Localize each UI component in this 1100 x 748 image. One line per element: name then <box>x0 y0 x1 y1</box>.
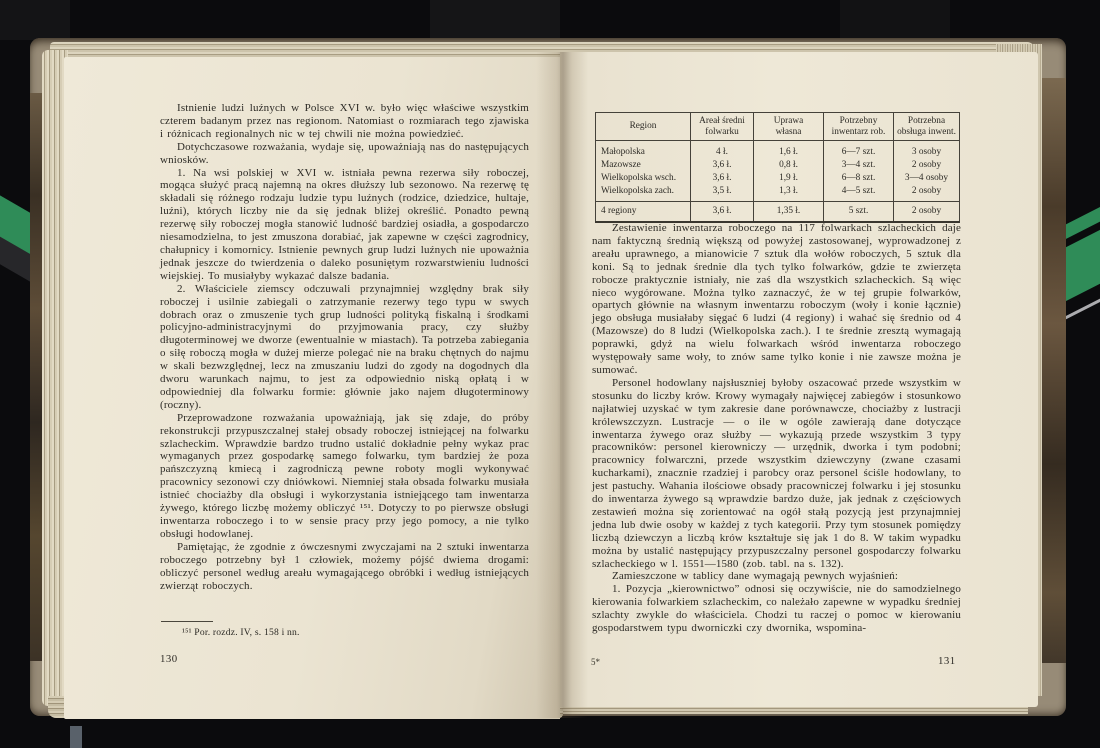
table-header-cell: Potrzebny inwentarz rob. <box>824 113 894 141</box>
table-cell: 3,6 ł. <box>691 172 754 185</box>
right-page: RegionAreał średni folwarkuUprawa własna… <box>560 52 1038 707</box>
table-header-cell: Areał średni folwarku <box>691 113 754 141</box>
paragraph: Przeprowadzone rozważania upoważniają, j… <box>160 412 529 541</box>
signature-mark: 5* <box>591 657 600 667</box>
table-cell: 3,5 ł. <box>691 185 754 202</box>
paragraph: Pamiętając, że zgodnie z ówczesnymi zwyc… <box>160 541 529 593</box>
page-number-right: 131 <box>938 655 956 667</box>
table-header-cell: Region <box>596 113 691 141</box>
table-row: Wielkopolska wsch.3,6 ł.1,9 ł.6—8 szt.3—… <box>596 172 960 185</box>
table-summary-cell: 3,6 ł. <box>691 202 754 223</box>
table-cell: 3—4 szt. <box>824 159 894 172</box>
paragraph: Zestawienie inwentarza roboczego na 117 … <box>592 222 961 377</box>
table-cell: 1,6 ł. <box>754 141 824 160</box>
table-cell: 1,3 ł. <box>754 185 824 202</box>
paragraph: 1. Pozycja „kierownictwo” odnosi się ocz… <box>592 583 961 635</box>
table-header-row: RegionAreał średni folwarkuUprawa własna… <box>596 113 960 141</box>
table-cell: 3—4 osoby <box>894 172 960 185</box>
table-row: Wielkopolska zach.3,5 ł.1,3 ł.4—5 szt.2 … <box>596 185 960 202</box>
left-page-text: Istnienie ludzi luźnych w Polsce XVI w. … <box>160 102 529 592</box>
table-row: Małopolska4 ł.1,6 ł.6—7 szt.3 osoby <box>596 141 960 160</box>
book-photo: Istnienie ludzi luźnych w Polsce XVI w. … <box>0 0 1100 748</box>
table-header-cell: Potrzebna obsługa inwent. <box>894 113 960 141</box>
table-body: Małopolska4 ł.1,6 ł.6—7 szt.3 osobyMazow… <box>596 141 960 202</box>
table-summary-cell: 5 szt. <box>824 202 894 223</box>
paragraph: Dotychczasowe rozważania, wydaje się, up… <box>160 141 529 167</box>
table-cell: 2 osoby <box>894 159 960 172</box>
table-cell: 3,6 ł. <box>691 159 754 172</box>
footnote: ¹⁵¹ Por. rozdz. IV, s. 158 i nn. <box>160 627 551 638</box>
right-page-text: Zestawienie inwentarza roboczego na 117 … <box>592 222 961 635</box>
left-page: Istnienie ludzi luźnych w Polsce XVI w. … <box>64 57 560 719</box>
paragraph: Zamieszczone w tablicy dane wymagają pew… <box>592 570 961 583</box>
paragraph: Personel hodowlany najsłuszniej byłoby o… <box>592 377 961 571</box>
background-object <box>0 0 70 40</box>
table-summary-cell: 4 regiony <box>596 202 691 223</box>
table-cell: Wielkopolska zach. <box>596 185 691 202</box>
table-cell: Wielkopolska wsch. <box>596 172 691 185</box>
table-cell: Mazowsze <box>596 159 691 172</box>
table-cell: 2 osoby <box>894 185 960 202</box>
footnote-rule <box>161 621 213 622</box>
cover-marble-edge-right <box>1040 78 1066 663</box>
table-summary-row: 4 regiony3,6 ł.1,35 ł.5 szt.2 osoby <box>596 202 960 223</box>
paragraph: 2. Właściciele ziemscy odczuwali przynaj… <box>160 283 529 412</box>
paragraph: Istnienie ludzi luźnych w Polsce XVI w. … <box>160 102 529 141</box>
table-cell: 4 ł. <box>691 141 754 160</box>
table-cell: Małopolska <box>596 141 691 160</box>
table-cell: 6—8 szt. <box>824 172 894 185</box>
paragraph: 1. Na wsi polskiej w XVI w. istniała pew… <box>160 167 529 283</box>
table-row: Mazowsze3,6 ł.0,8 ł.3—4 szt.2 osoby <box>596 159 960 172</box>
table-header-cell: Uprawa własna <box>754 113 824 141</box>
table-cell: 0,8 ł. <box>754 159 824 172</box>
background-object <box>70 726 82 748</box>
inventory-table: RegionAreał średni folwarkuUprawa własna… <box>595 112 959 223</box>
table-summary-cell: 2 osoby <box>894 202 960 223</box>
table-cell: 6—7 szt. <box>824 141 894 160</box>
page-number-left: 130 <box>160 653 178 665</box>
table-cell: 1,9 ł. <box>754 172 824 185</box>
table-cell: 3 osoby <box>894 141 960 160</box>
table-summary-cell: 1,35 ł. <box>754 202 824 223</box>
table-cell: 4—5 szt. <box>824 185 894 202</box>
